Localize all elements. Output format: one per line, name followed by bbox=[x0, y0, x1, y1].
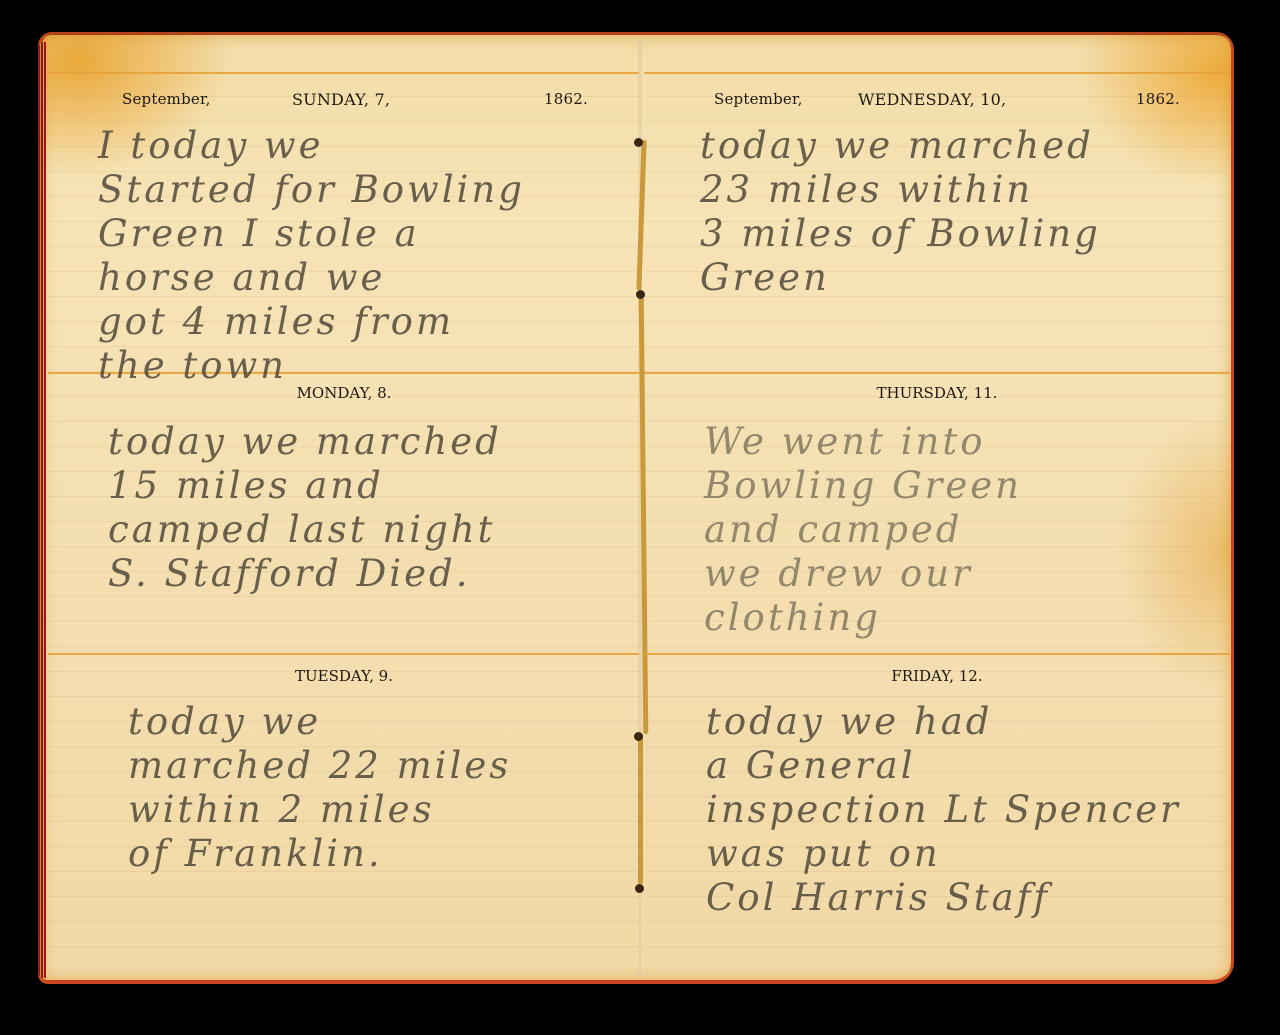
header-year: 1862. bbox=[1136, 90, 1180, 108]
day-heading-sunday: SUNDAY, 7, bbox=[292, 90, 390, 109]
header-month: September, bbox=[714, 90, 803, 108]
right-page: September, WEDNESDAY, 10, 1862. today we… bbox=[644, 32, 1230, 984]
handwritten-entry-monday: today we marched 15 miles and camped las… bbox=[108, 420, 502, 596]
day-heading-tuesday: TUESDAY, 9. bbox=[48, 667, 640, 685]
header-month: September, bbox=[122, 90, 211, 108]
day-heading-friday: FRIDAY, 12. bbox=[644, 667, 1230, 685]
binding-thread bbox=[638, 734, 643, 884]
day-heading-monday: MONDAY, 8. bbox=[48, 384, 640, 402]
page-header: September, SUNDAY, 7, 1862. bbox=[48, 90, 640, 110]
page-header: September, WEDNESDAY, 10, 1862. bbox=[644, 90, 1230, 110]
header-rule bbox=[644, 72, 1230, 74]
section-divider bbox=[644, 653, 1230, 655]
header-year: 1862. bbox=[544, 90, 588, 108]
handwritten-entry-tuesday: today we marched 22 miles within 2 miles… bbox=[128, 700, 511, 876]
left-page: September, SUNDAY, 7, 1862. I today we S… bbox=[48, 32, 640, 984]
handwritten-entry-wednesday: today we marched 23 miles within 3 miles… bbox=[700, 124, 1101, 300]
page-edges bbox=[38, 42, 46, 978]
header-rule bbox=[48, 72, 640, 74]
diary-spread: September, SUNDAY, 7, 1862. I today we S… bbox=[38, 32, 1234, 984]
section-divider bbox=[48, 653, 640, 655]
day-heading-thursday: THURSDAY, 11. bbox=[644, 384, 1230, 402]
section-divider bbox=[644, 372, 1230, 374]
binding-knot bbox=[634, 732, 643, 741]
day-heading-wednesday: WEDNESDAY, 10, bbox=[858, 90, 1006, 109]
binding-knot bbox=[635, 884, 644, 893]
binding-knot bbox=[634, 138, 643, 147]
handwritten-entry-thursday: We went into Bowling Green and camped we… bbox=[704, 420, 1022, 640]
handwritten-entry-sunday: I today we Started for Bowling Green I s… bbox=[98, 124, 525, 388]
handwritten-entry-friday: today we had a General inspection Lt Spe… bbox=[706, 700, 1181, 920]
